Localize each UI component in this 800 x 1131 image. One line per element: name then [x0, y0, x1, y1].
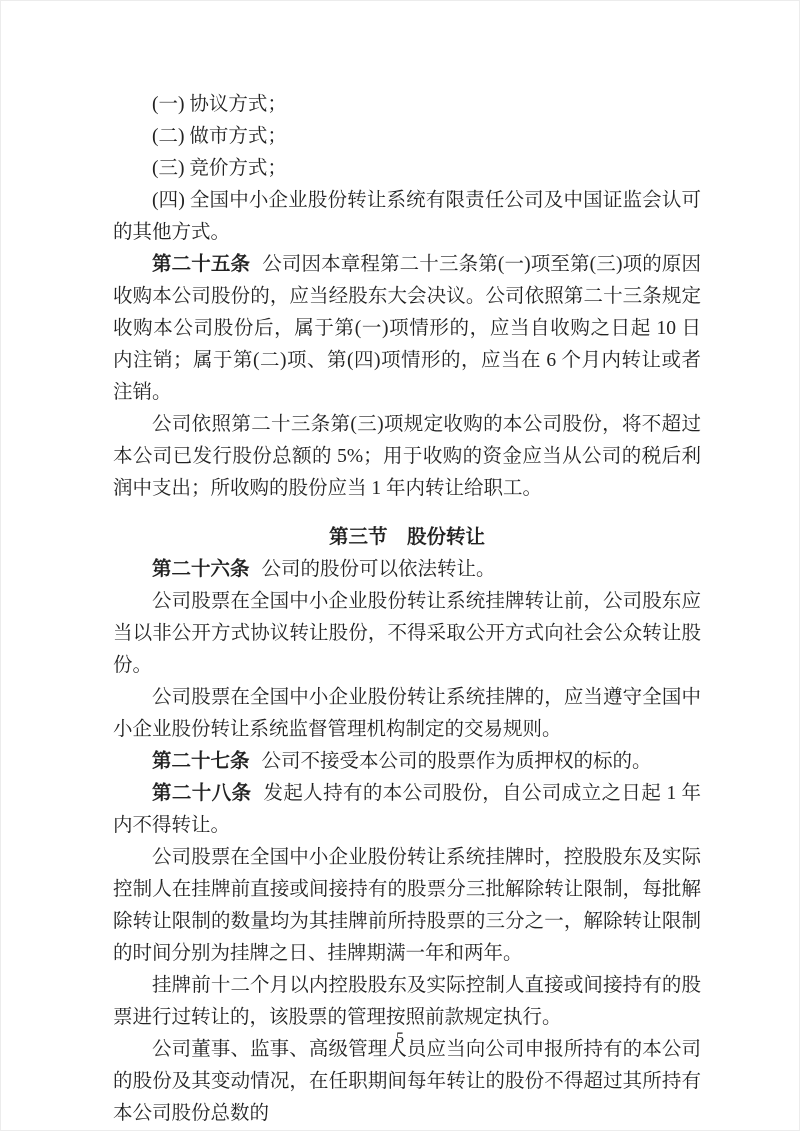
- article-number: 第二十七条: [152, 751, 250, 772]
- list-item: (二) 做市方式；: [113, 121, 701, 153]
- article-number: 第二十八条: [152, 783, 251, 804]
- article-paragraph: 第二十五条公司因本章程第二十三条第(一)项至第(三)项的原因收购本公司股份的，应…: [113, 249, 701, 409]
- document-content: (一) 协议方式；(二) 做市方式；(三) 竞价方式；(四) 全国中小企业股份转…: [113, 89, 701, 1130]
- paragraph: 公司股票在全国中小企业股份转让系统挂牌的，应当遵守全国中小企业股份转让系统监督管…: [113, 682, 701, 746]
- article-paragraph: 第二十八条发起人持有的本公司股份，自公司成立之日起 1 年内不得转让。: [113, 778, 701, 842]
- article-text: 公司不接受本公司的股票作为质押权的标的。: [262, 751, 652, 772]
- document-page: (一) 协议方式；(二) 做市方式；(三) 竞价方式；(四) 全国中小企业股份转…: [0, 0, 800, 1131]
- article-text: 公司的股份可以依法转让。: [262, 559, 496, 580]
- page-footer: 5: [1, 1029, 799, 1049]
- article-text: 公司因本章程第二十三条第(一)项至第(三)项的原因收购本公司股份的，应当经股东大…: [113, 254, 701, 403]
- paragraph: 公司股票在全国中小企业股份转让系统挂牌转让前，公司股东应当以非公开方式协议转让股…: [113, 586, 701, 682]
- paragraph: 公司依照第二十三条第(三)项规定收购的本公司股份，将不超过本公司已发行股份总额的…: [113, 409, 701, 505]
- list-item: (一) 协议方式；: [113, 89, 701, 121]
- paragraph: 公司股票在全国中小企业股份转让系统挂牌时，控股股东及实际控制人在挂牌前直接或间接…: [113, 842, 701, 970]
- article-number: 第二十五条: [152, 254, 250, 275]
- list-item: (四) 全国中小企业股份转让系统有限责任公司及中国证监会认可的其他方式。: [113, 185, 701, 249]
- article-paragraph: 第二十六条公司的股份可以依法转让。: [113, 554, 701, 586]
- page-number: 5: [396, 1030, 404, 1047]
- list-item: (三) 竞价方式；: [113, 153, 701, 185]
- article-paragraph: 第二十七条公司不接受本公司的股票作为质押权的标的。: [113, 746, 701, 778]
- section-heading: 第三节 股份转让: [113, 522, 701, 554]
- paragraph: 挂牌前十二个月以内控股股东及实际控制人直接或间接持有的股票进行过转让的，该股票的…: [113, 970, 701, 1034]
- article-number: 第二十六条: [152, 559, 250, 580]
